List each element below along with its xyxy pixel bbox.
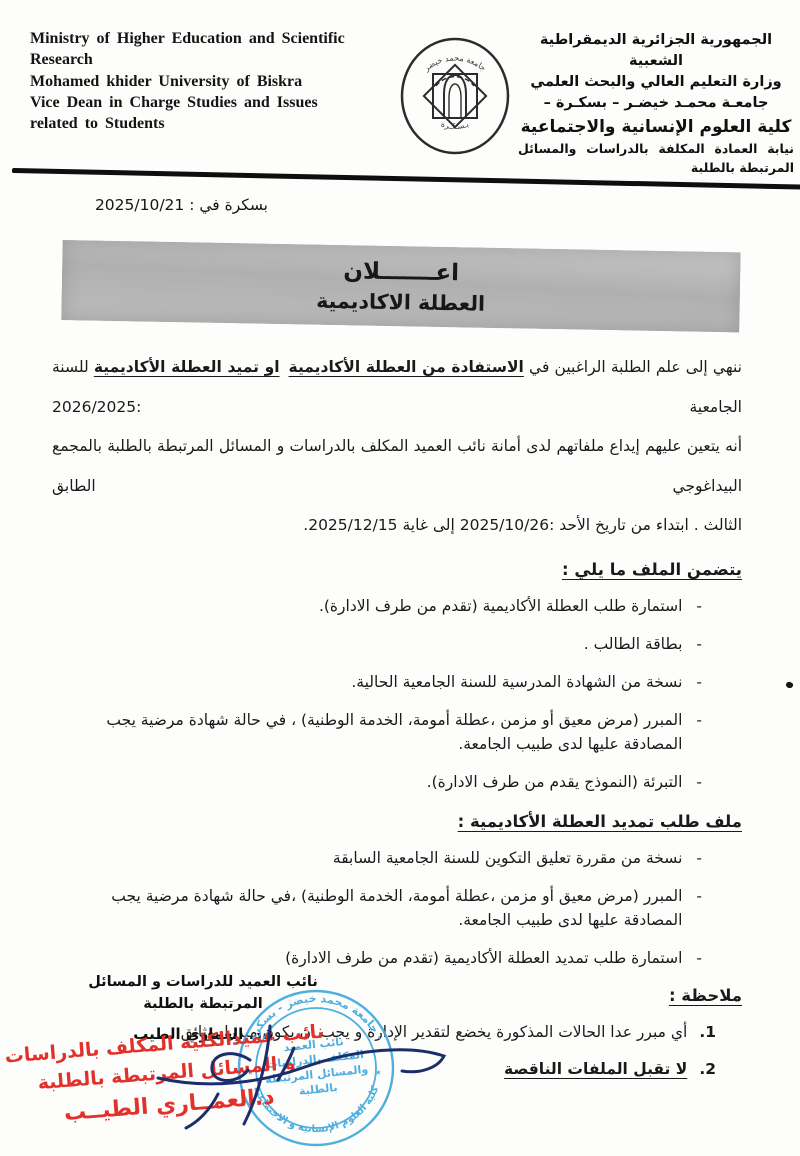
intro-line-3: الثالث . ابتداء من تاريخ الأحد :2025/10/… — [52, 506, 742, 546]
list-item-text: استمارة طلب العطلة الأكاديمية (تقدم من ط… — [52, 595, 682, 618]
intro-paragraph: ننهي إلى علم الطلبة الراغبين في الاستفاد… — [52, 348, 742, 546]
dash-bullet: - — [696, 947, 702, 970]
list-item: - استمارة طلب العطلة الأكاديمية (تقدم من… — [52, 595, 742, 618]
list-item-text: المبرر (مرض معيق أو مزمن ،عطلة أمومة، ال… — [52, 709, 682, 756]
ar-header-line: الجمهورية الجزائرية الديمقراطية الشعبية — [518, 30, 794, 72]
svg-text:جامعة محمد خيضر: جامعة محمد خيضر — [421, 53, 487, 73]
list-item: - المبرر (مرض معيق أو مزمن ،عطلة أمومة، … — [52, 885, 742, 932]
ink-dot-artifact — [785, 681, 794, 689]
dash-bullet: - — [696, 771, 702, 794]
en-header-line: related to Students — [30, 113, 402, 134]
university-seal-logo: جامعة محمد خيضر بـسـكـرة — [394, 30, 516, 168]
svg-text:بـسـكـرة: بـسـكـرة — [440, 120, 470, 132]
ministry-header-english: Ministry of Higher Education and Scienti… — [30, 28, 402, 134]
note-number: 2. — [699, 1058, 716, 1081]
en-header-line: Vice Dean in Charge Studies and Issues — [30, 92, 402, 113]
list-item: - استمارة طلب تمديد العطلة الأكاديمية (ت… — [52, 947, 742, 970]
intro-lead: ننهي إلى علم الطلبة الراغبين في — [524, 358, 742, 376]
list-item-text: بطاقة الطالب . — [52, 633, 682, 656]
university-seal-icon: جامعة محمد خيضر بـسـكـرة — [394, 30, 516, 168]
intro-line-1: ننهي إلى علم الطلبة الراغبين في الاستفاد… — [52, 348, 742, 427]
list-item-text: التبرئة (النموذج يقدم من طرف الادارة). — [52, 771, 682, 794]
logo-arc-bottom-text: بـسـكـرة — [440, 120, 470, 132]
intro-underlined-benefit: الاستفادة من العطلة الأكاديمية — [289, 358, 524, 376]
dash-bullet: - — [696, 885, 702, 932]
en-header-line: Ministry of Higher Education and Scienti… — [30, 28, 402, 49]
ar-header-line: جامعـة محمـد خيضـر – بسكـرة – — [518, 93, 794, 115]
dash-bullet: - — [696, 847, 702, 870]
intro-line-2: أنه يتعين عليهم إيداع ملفاتهم لدى أمانة … — [52, 427, 742, 506]
ar-header-line: وزارة التعليم العالي والبحث العلمي — [518, 72, 794, 93]
announcement-subtitle: العطلة الاكاديمية — [316, 288, 485, 315]
logo-arc-top-text: جامعة محمد خيضر — [421, 53, 487, 73]
en-header-line: Research — [30, 49, 402, 70]
dash-bullet: - — [696, 671, 702, 694]
dash-bullet: - — [696, 595, 702, 618]
ministry-header-arabic: الجمهورية الجزائرية الديمقراطية الشعبية … — [518, 30, 794, 178]
list-item: - بطاقة الطالب . — [52, 633, 742, 656]
title-band: اعـــــــلان العطلة الاكاديمية — [61, 240, 740, 332]
vice-deanship-line: المرتبطة بالطلبة — [518, 159, 794, 178]
date-line: بسكرة في : 2025/10/21 — [56, 196, 268, 214]
vice-deanship-line: نيابة العمادة المكلفة بالدراسات والمسائل — [518, 139, 794, 158]
note-text-emphasized: لا تقبل الملفات الناقصة — [504, 1058, 687, 1081]
announcement-title: اعـــــــلان — [343, 258, 459, 286]
list-item: - نسخة من مقررة تعليق التكوين للسنة الجا… — [52, 847, 742, 870]
file-contents-heading: يتضمن الملف ما يلي : — [52, 560, 742, 579]
en-header-line: Mohamed khider University of Biskra — [30, 71, 402, 92]
note-number: 1. — [699, 1021, 716, 1044]
intro-underlined-extend: او تميد العطلة الأكاديمية — [94, 358, 280, 376]
faculty-name-line: كلية العلوم الإنسانية والاجتماعية — [518, 115, 794, 140]
list-item-text: استمارة طلب تمديد العطلة الأكاديمية (تقد… — [52, 947, 682, 970]
list-item: - نسخة من الشهادة المدرسية للسنة الجامعي… — [52, 671, 742, 694]
dash-bullet: - — [696, 709, 702, 756]
list-item-text: نسخة من الشهادة المدرسية للسنة الجامعية … — [52, 671, 682, 694]
dash-bullet: - — [696, 633, 702, 656]
handwritten-signature-icon — [152, 1014, 456, 1134]
list-item: - المبرر (مرض معيق أو مزمن ،عطلة أمومة، … — [52, 709, 742, 756]
list-item-text: نسخة من مقررة تعليق التكوين للسنة الجامع… — [52, 847, 682, 870]
list-item-text: المبرر (مرض معيق أو مزمن ،عطلة أمومة، ال… — [52, 885, 682, 932]
list-item: - التبرئة (النموذج يقدم من طرف الادارة). — [52, 771, 742, 794]
extension-file-heading: ملف طلب تمديد العطلة الأكاديمية : — [52, 812, 742, 831]
scanned-announcement-page: Ministry of Higher Education and Scienti… — [0, 0, 800, 1156]
